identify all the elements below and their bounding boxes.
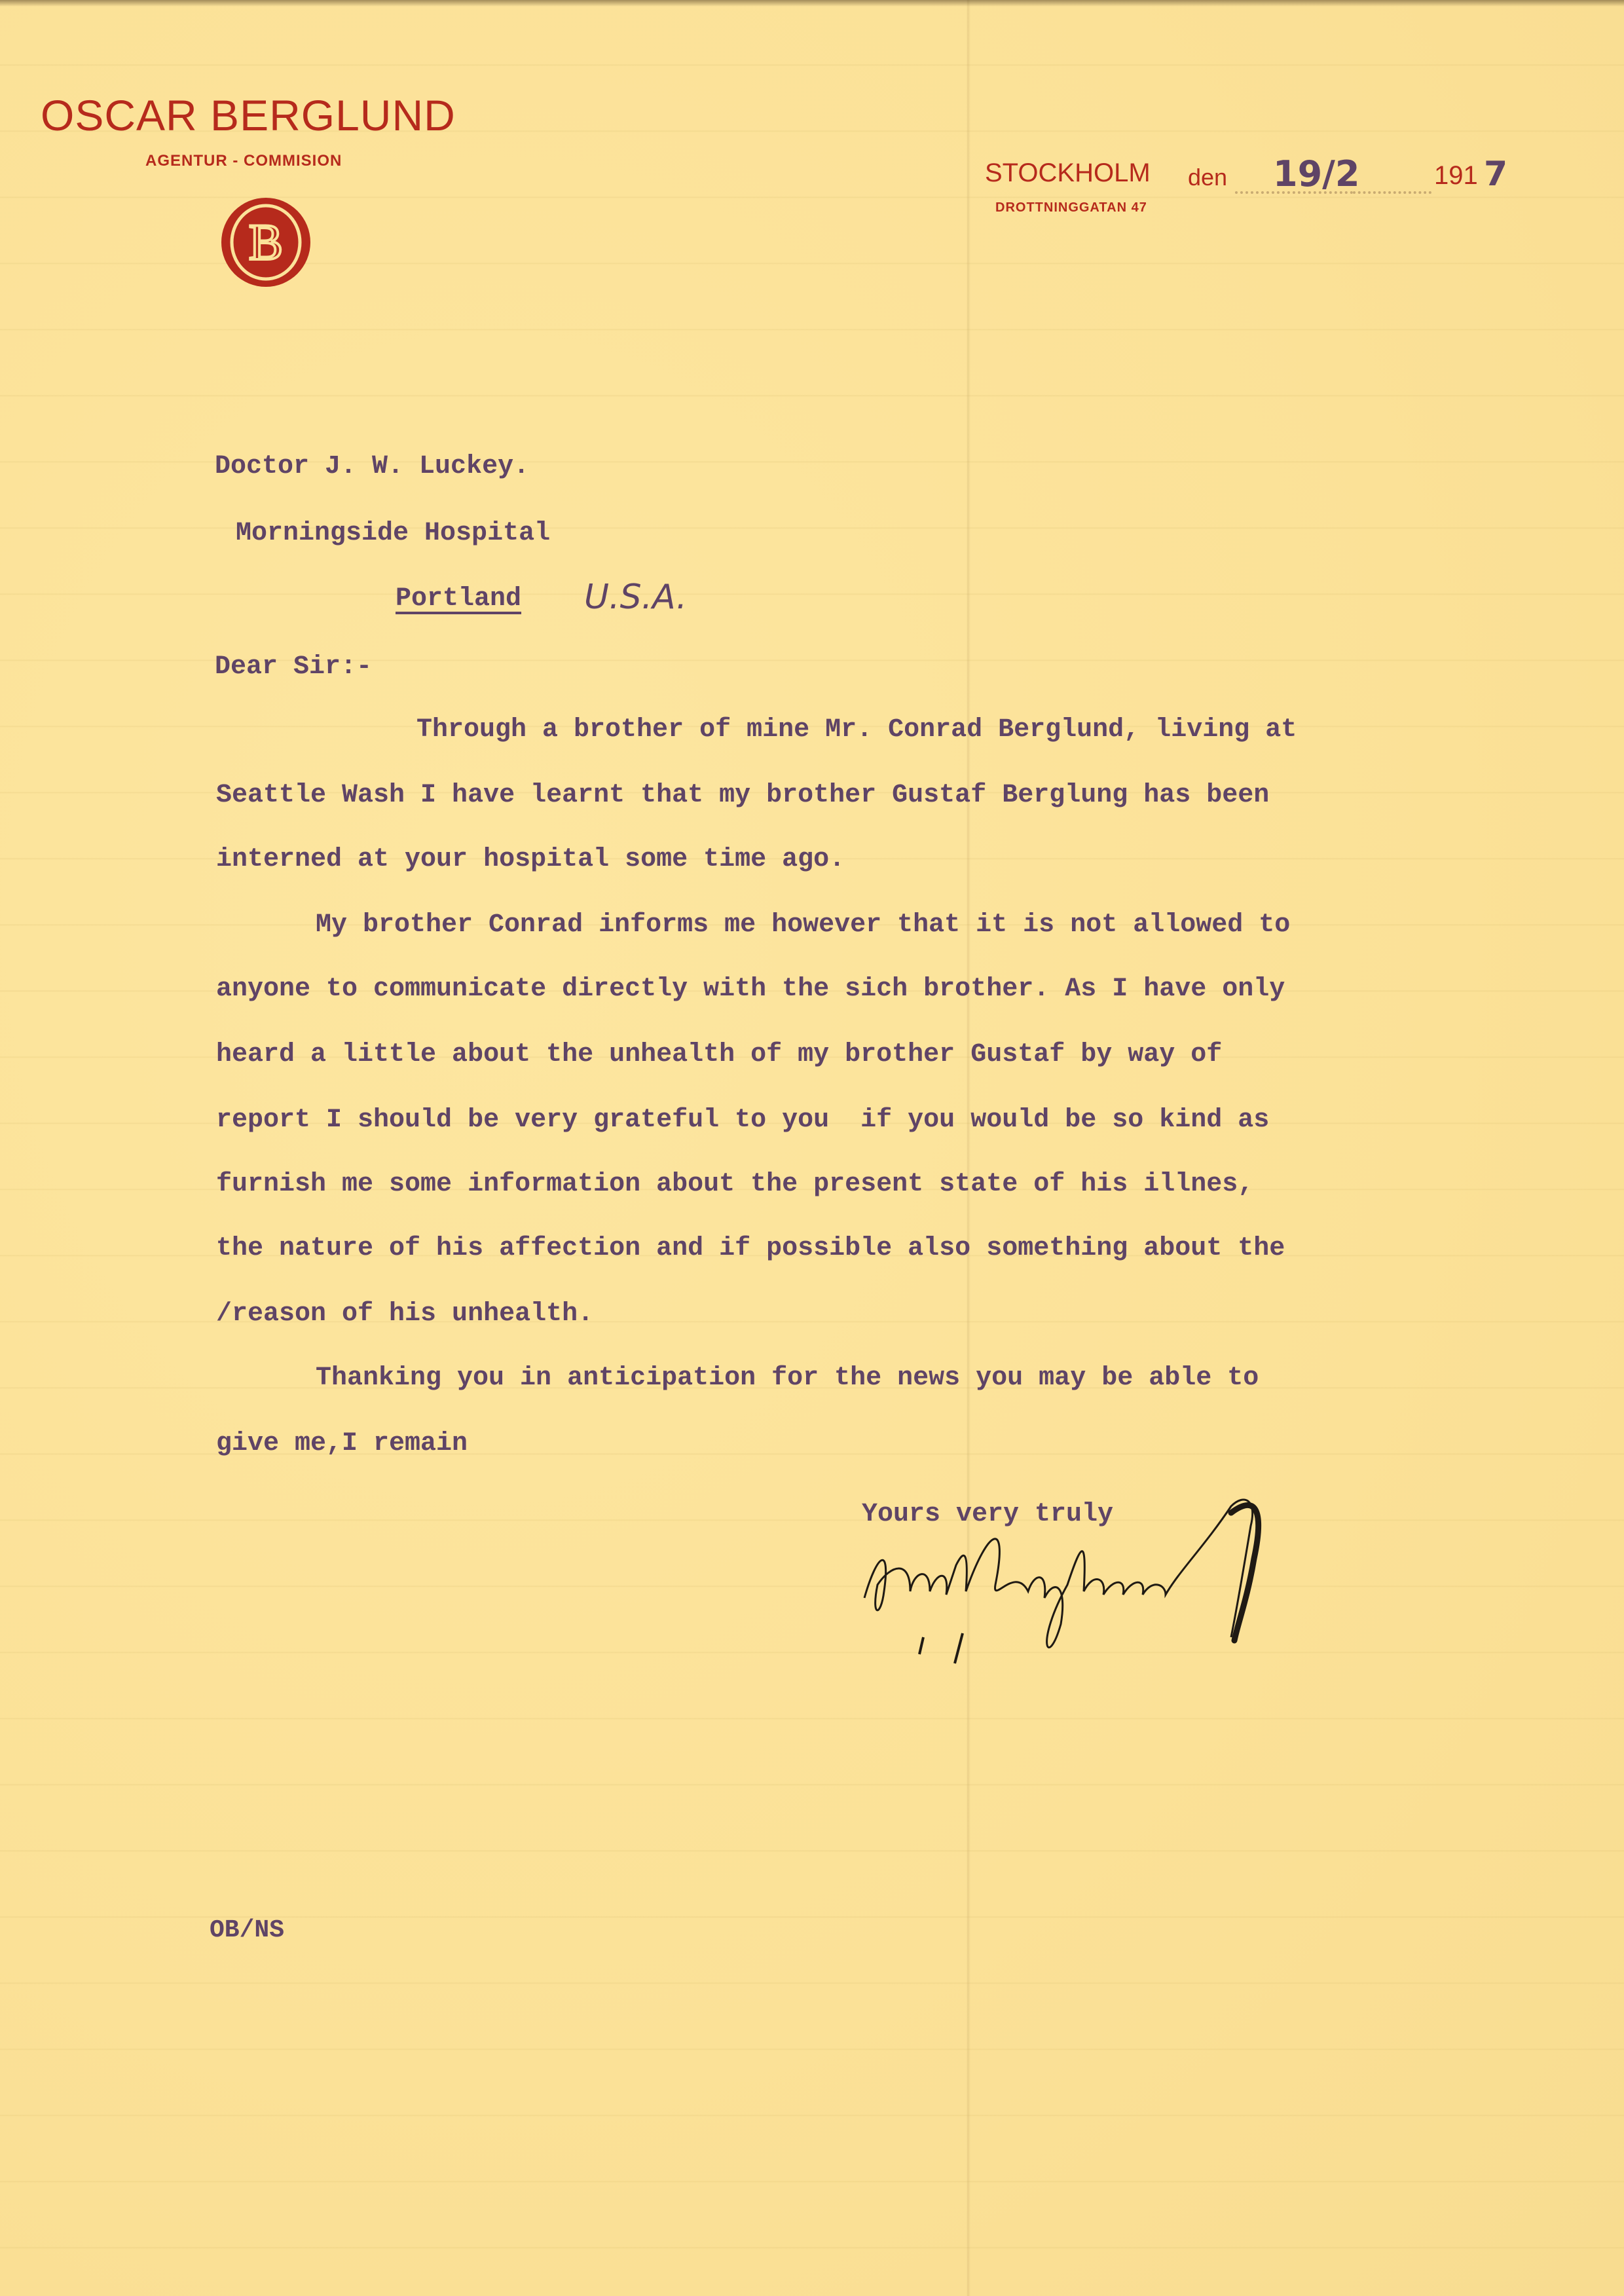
handwritten-signature: Oscar Berglund	[838, 1487, 1401, 1670]
body-line: furnish me some information about the pr…	[216, 1170, 1253, 1199]
letter-date: 19/2	[1273, 153, 1359, 194]
body-line: heard a little about the unhealth of my …	[216, 1040, 1222, 1069]
year-digit: 7	[1484, 155, 1507, 194]
body-line: interned at your hospital some time ago.	[216, 845, 845, 874]
salutation: Dear Sir:-	[215, 652, 372, 682]
date-dotted-line-2	[1353, 191, 1431, 194]
company-tagline: AGENTUR - COMMISION	[145, 152, 342, 170]
recipient-name: Doctor J. W. Luckey.	[215, 452, 529, 481]
recipient-institution: Morningside Hospital	[236, 519, 550, 548]
body-line: Seattle Wash I have learnt that my broth…	[216, 781, 1269, 810]
recipient-country-handwritten: U.S.A.	[584, 578, 687, 617]
body-line: /reason of his unhealth.	[216, 1299, 593, 1329]
year-prefix: 191	[1434, 161, 1478, 191]
company-name: OSCAR BERGLUND	[41, 90, 456, 140]
body-line: the nature of his affection and if possi…	[216, 1234, 1285, 1263]
recipient-city: Portland	[396, 584, 521, 614]
body-line: report I should be very grateful to you …	[216, 1105, 1269, 1135]
body-line: My brother Conrad informs me however tha…	[316, 910, 1290, 940]
letterhead-street: DROTTNINGGATAN 47	[995, 200, 1147, 215]
body-line: Thanking you in anticipation for the new…	[316, 1363, 1259, 1393]
body-line: anyone to communicate directly with the …	[216, 974, 1285, 1004]
letterhead-city: STOCKHOLM	[985, 158, 1151, 188]
body-line: Through a brother of mine Mr. Conrad Ber…	[416, 715, 1297, 745]
reference-initials: OB/NS	[210, 1916, 284, 1944]
letterhead-den: den	[1188, 164, 1227, 191]
company-logo-b-icon: B	[220, 196, 312, 288]
body-line: give me,I remain	[216, 1429, 468, 1458]
logo-letter: B	[249, 213, 283, 270]
